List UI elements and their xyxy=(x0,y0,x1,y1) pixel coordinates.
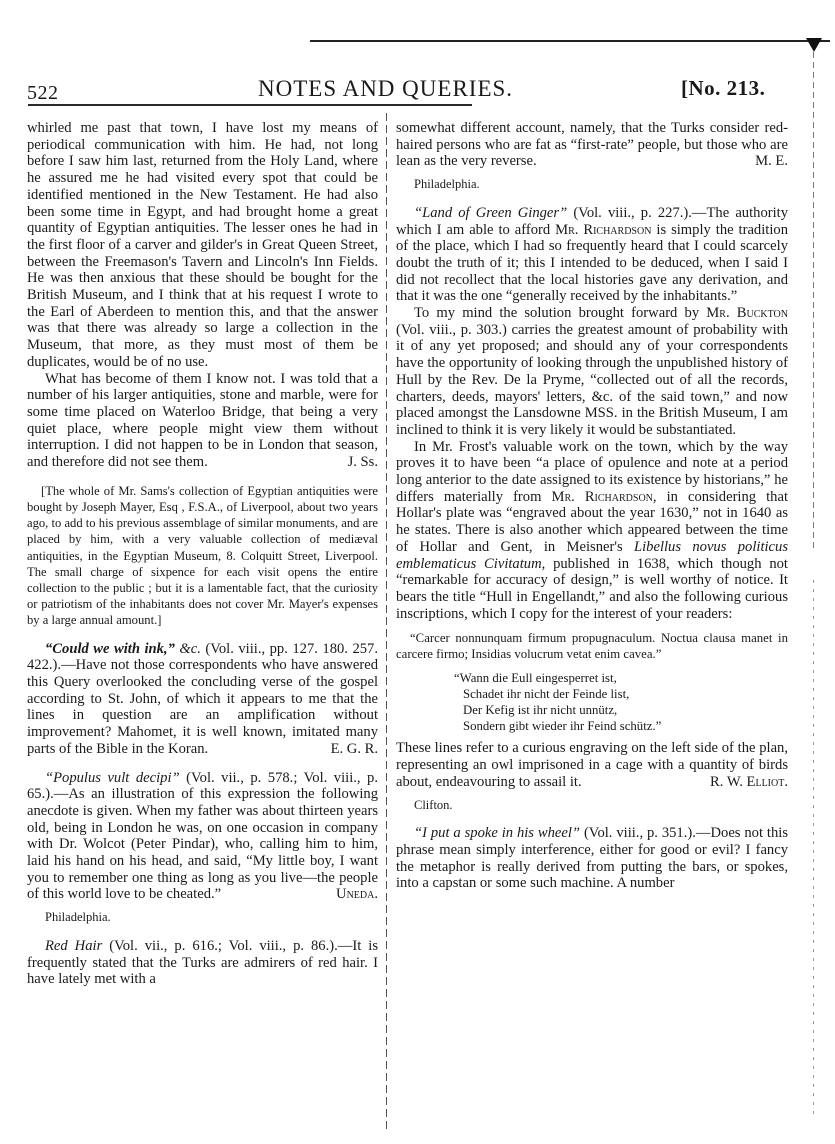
article-reference: (Vol. viii., p. 351.). xyxy=(580,825,696,841)
article-populus-vult-decipi: “Populus vult decipi” (Vol. vii., p. 578… xyxy=(27,770,378,904)
signature: Uneda. xyxy=(318,886,378,903)
article-spoke-in-wheel: “I put a spoke in his wheel” (Vol. viii.… xyxy=(396,825,788,892)
person-name: Mr. Richardson xyxy=(555,222,651,238)
latin-inscription: “Carcer nonnunquam firmum propugnaculum.… xyxy=(396,630,788,662)
article-reference: (Vol. vii., p. 616.; Vol. viii., p. 86.)… xyxy=(102,938,338,954)
spacer xyxy=(396,193,788,205)
paragraph: somewhat different account, namely, that… xyxy=(396,120,788,170)
page-edge-corner xyxy=(806,38,822,52)
verse-line: Sondern gibt wieder ihr Feind schütz.” xyxy=(454,718,788,734)
spacer xyxy=(27,758,378,770)
article-land-of-green-ginger: “Land of Green Ginger” (Vol. viii., p. 2… xyxy=(396,205,788,305)
person-name: Mr. Richardson xyxy=(551,489,652,505)
paragraph: To my mind the solution brought forward … xyxy=(396,305,788,439)
verse-line: “Wann die Eull eingesperret ist, xyxy=(454,670,788,686)
issue-number: [No. 213. xyxy=(681,76,765,101)
article-reference: (Vol. viii., p. 227.). xyxy=(567,205,692,221)
signature: E. G. R. xyxy=(313,741,378,758)
verse-line: Der Kefig ist ihr nicht unnütz, xyxy=(454,702,788,718)
article-title: “I put a spoke in his wheel” xyxy=(414,825,580,841)
german-verse: “Wann die Eull eingesperret ist, Schadet… xyxy=(396,670,788,734)
page-edge-right xyxy=(813,52,814,552)
journal-title: NOTES AND QUERIES. xyxy=(258,76,513,102)
header-rule xyxy=(28,104,472,106)
article-red-hair: Red Hair (Vol. vii., p. 616.; Vol. viii.… xyxy=(27,938,378,988)
article-title: “Land of Green Ginger” xyxy=(414,205,567,221)
paragraph: What has become of them I know not. I wa… xyxy=(27,371,378,471)
page-edge-right-lower xyxy=(813,580,814,1120)
article-title: Red Hair xyxy=(45,938,102,954)
page-number: 522 xyxy=(27,82,59,105)
page-edge-top xyxy=(310,40,830,42)
article-could-we-with-ink: “Could we with ink,” &c. (Vol. viii., pp… xyxy=(27,641,378,758)
right-column: somewhat different account, namely, that… xyxy=(396,120,788,892)
place-line: Philadelphia. xyxy=(27,909,378,926)
place-line: Philadelphia. xyxy=(396,176,788,193)
spacer xyxy=(27,926,378,938)
signature: J. Ss. xyxy=(330,454,378,471)
verse-line: Schadet ihr nicht der Feinde list, xyxy=(454,686,788,702)
column-divider xyxy=(386,113,387,1133)
editor-note: [The whole of Mr. Sams's collection of E… xyxy=(27,483,378,629)
spacer xyxy=(396,813,788,825)
article-title: “Could we with ink,” xyxy=(45,641,175,657)
spacer xyxy=(27,629,378,641)
paragraph: whirled me past that town, I have lost m… xyxy=(27,120,378,371)
signature: R. W. Elliot. xyxy=(710,774,788,791)
place-line: Clifton. xyxy=(396,797,788,814)
left-column: whirled me past that town, I have lost m… xyxy=(27,120,378,988)
signature: M. E. xyxy=(755,153,788,170)
person-name: Mr. Buckton xyxy=(706,305,788,321)
article-title: “Populus vult decipi” xyxy=(45,770,180,786)
paragraph: These lines refer to a curious engraving… xyxy=(396,740,788,790)
paragraph: In Mr. Frost's valuable work on the town… xyxy=(396,439,788,623)
